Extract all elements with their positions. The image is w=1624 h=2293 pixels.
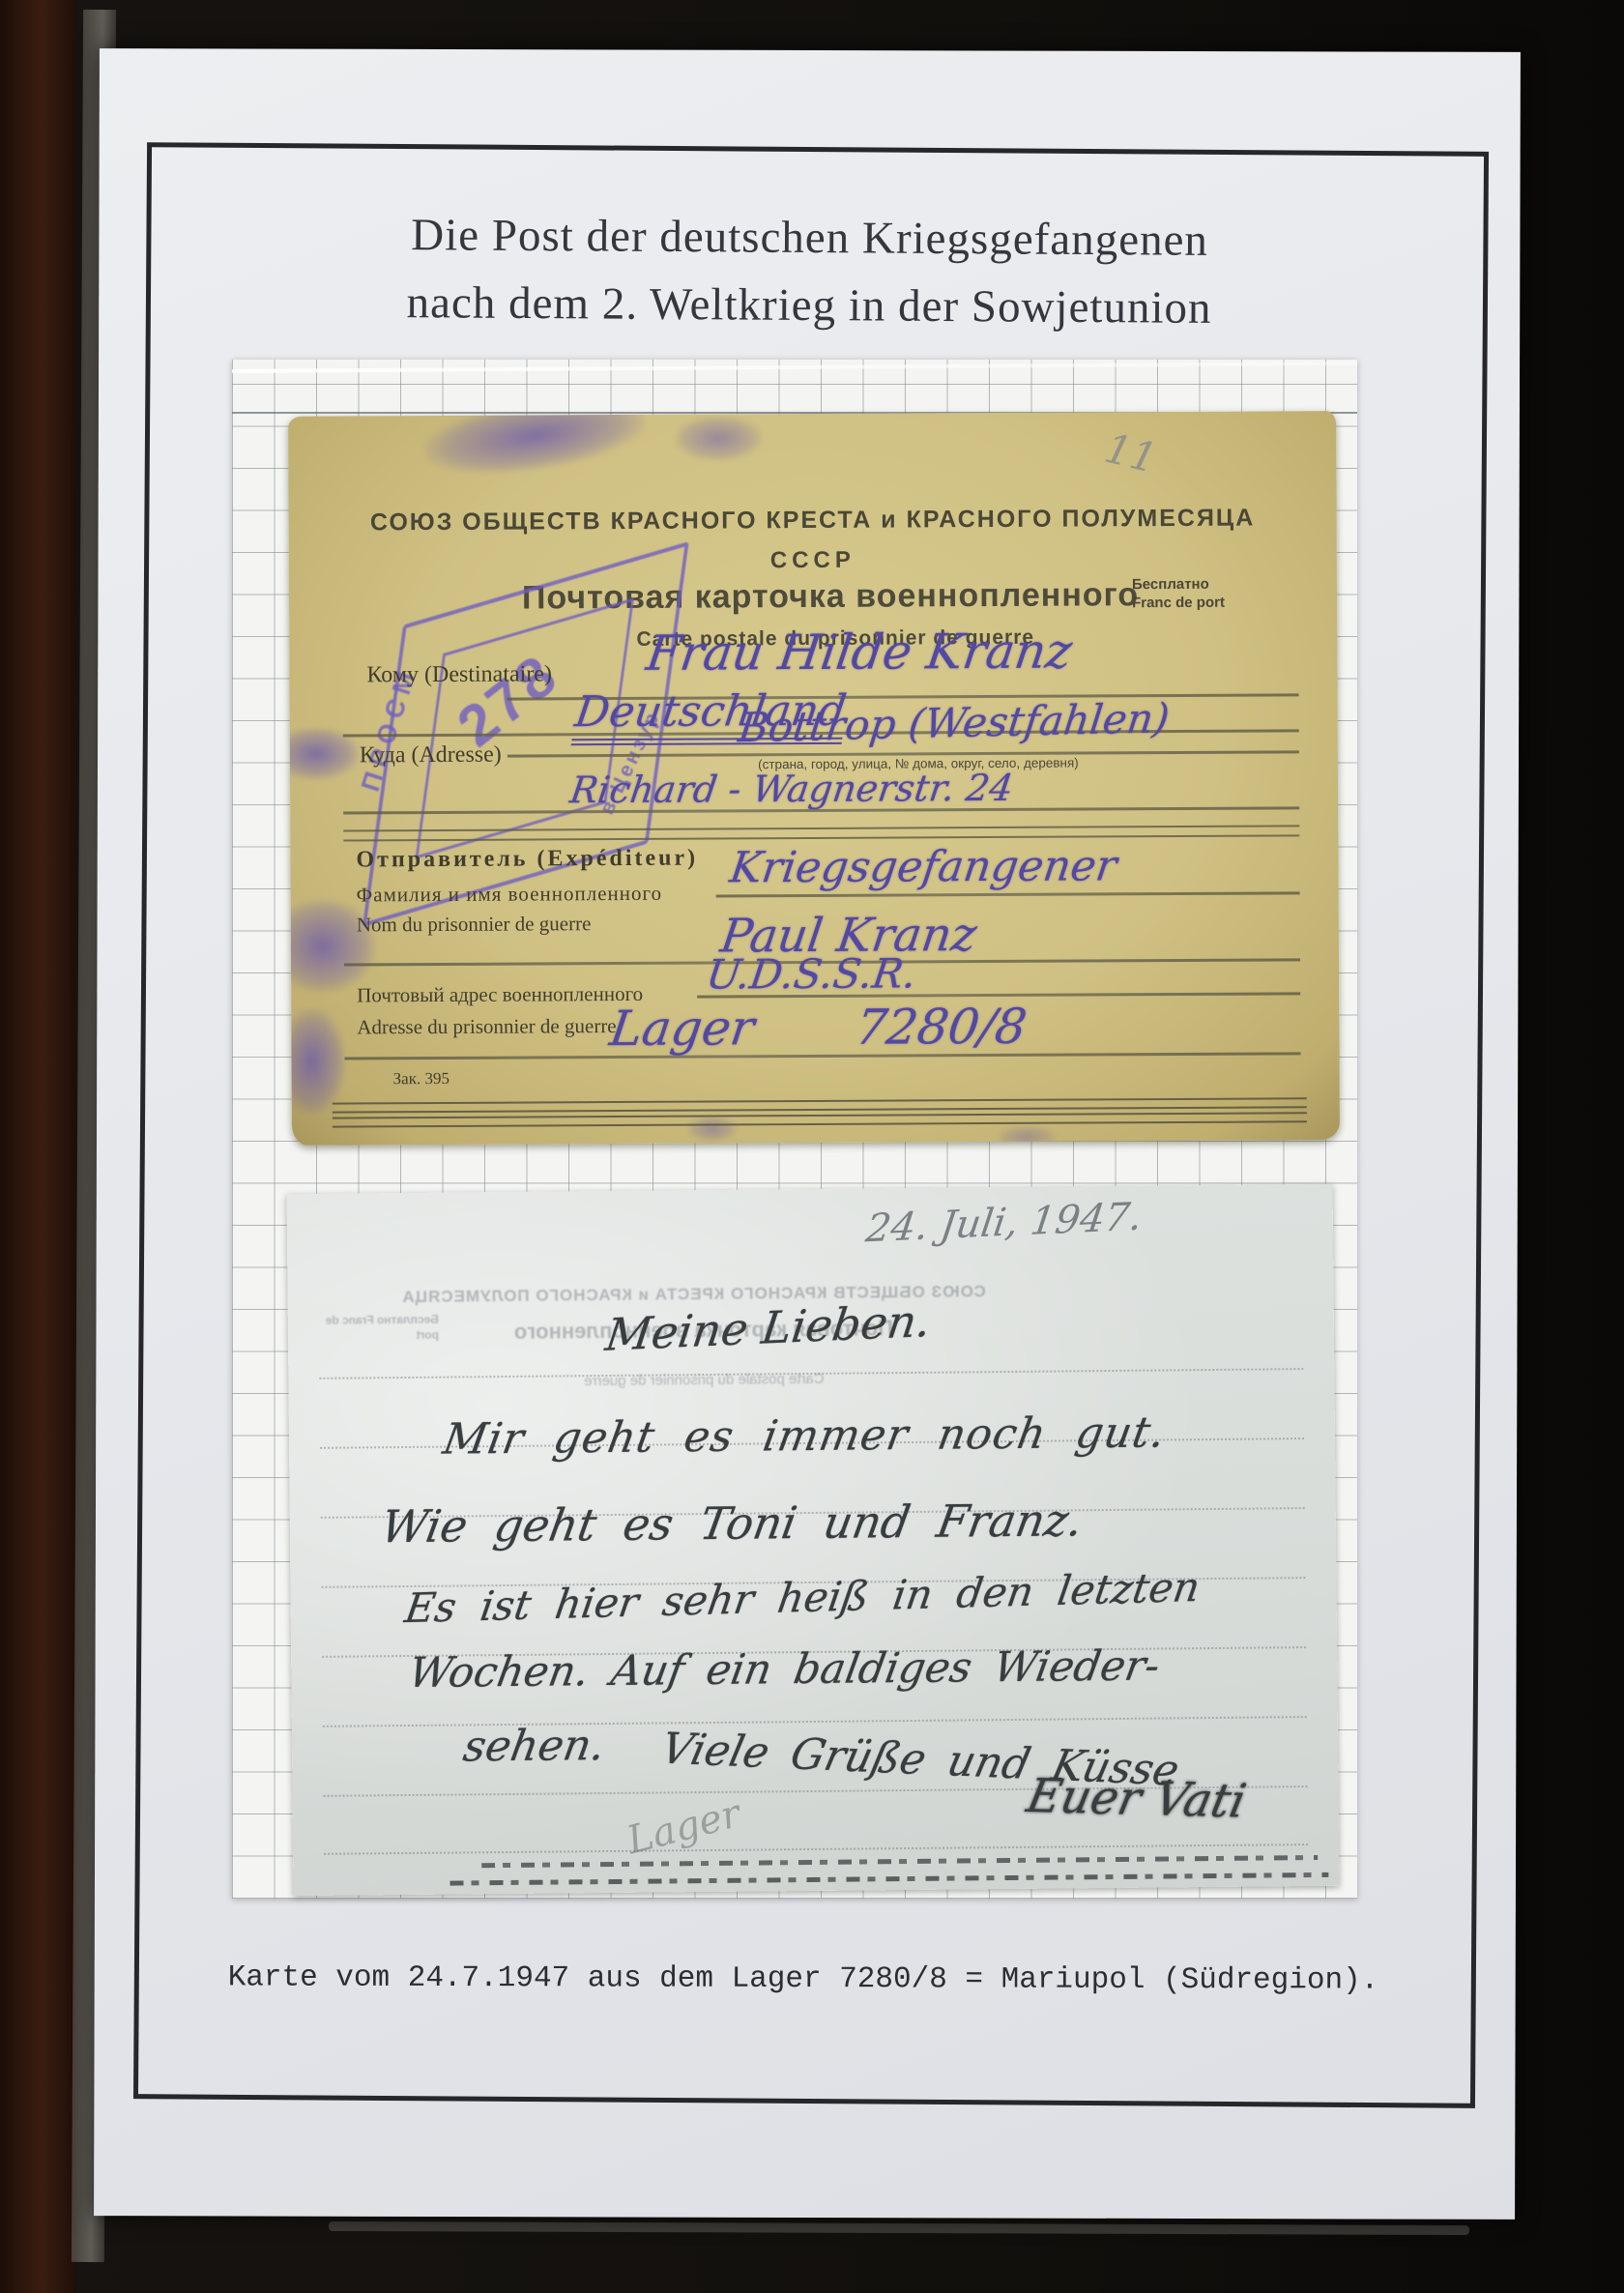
faint-ruling-line bbox=[325, 1843, 1308, 1855]
faint-lager-mark: Lager bbox=[623, 1791, 745, 1863]
street-handwriting: Richard - Wagnerstr. 24 bbox=[567, 767, 1016, 811]
pow-country-handwriting: U.D.S.S.R. bbox=[704, 949, 919, 998]
pencil-mark: 11 bbox=[1100, 424, 1162, 482]
plastic-sleeve-glint bbox=[232, 362, 1357, 373]
message-line: Wie geht es Toni und Franz. bbox=[377, 1494, 1087, 1553]
ink-smudge bbox=[288, 1008, 346, 1115]
ghost-header: СОЮЗ ОБЩЕСТВ КРАСНОГО КРЕСТА и КРАСНОГО … bbox=[316, 1281, 1070, 1307]
pow-status-handwriting: Kriegsgefangener bbox=[727, 841, 1119, 892]
page-title-line2: nach dem 2. Weltkrieg in der Sowjetunion bbox=[99, 267, 1520, 344]
page-title-line1: Die Post der deutschen Kriegsgefangenen bbox=[99, 200, 1520, 277]
page-title: Die Post der deutschen Kriegsgefangenen … bbox=[99, 200, 1521, 344]
free-postage-note: Бесплатно Franc de port bbox=[1132, 575, 1296, 612]
pow-postcard-back: СОЮЗ ОБЩЕСТВ КРАСНОГО КРЕСТА и КРАСНОГО … bbox=[287, 1184, 1340, 1896]
card-bottom-double-rule bbox=[333, 1112, 1307, 1127]
city-handwriting: Bottrop (Westfahlen) bbox=[736, 694, 1172, 751]
adresse-label: Куда (Adresse) bbox=[360, 742, 502, 769]
photocopy-edge-speckle bbox=[481, 1855, 1319, 1868]
collector-caption: Karte vom 24.7.1947 aus dem Lager 7280/8… bbox=[228, 1960, 1446, 1997]
pow-address-label-french: Adresse du prisonnier de guerre bbox=[357, 1014, 616, 1039]
print-order-reference: Зак. 395 bbox=[393, 1069, 449, 1088]
pow-name-label-french: Nom du prisonnier de guerre bbox=[357, 912, 592, 937]
ink-smudge bbox=[998, 1126, 1056, 1146]
pow-address-label-russian: Почтовый адрес военнопленного bbox=[357, 982, 643, 1008]
album-page: Die Post der deutschen Kriegsgefangenen … bbox=[94, 48, 1521, 2220]
destinataire-label: Кому (Destinataire) bbox=[366, 661, 552, 688]
destinataire-handwriting: Frau Hilde Kranz bbox=[643, 624, 1075, 682]
card-bottom-double-rule bbox=[333, 1097, 1307, 1113]
bottom-page-edge bbox=[329, 2221, 1469, 2235]
field-rule bbox=[716, 891, 1300, 897]
message-line: Mir geht es immer noch gut. bbox=[440, 1408, 1170, 1464]
camp-number-handwriting: Lager 7280/8 bbox=[606, 999, 1029, 1057]
pow-name-label-russian: Фамилия и имя военнопленного bbox=[357, 882, 663, 908]
message-line: sehen. bbox=[460, 1721, 609, 1771]
expediteur-label: Отправитель (Expéditeur) bbox=[356, 846, 698, 874]
graph-paper-sleeve: 11 СОЮЗ ОБЩЕСТВ КРАСНОГО КРЕСТА и КРАСНО… bbox=[232, 360, 1357, 1899]
album-photo: Die Post der deutschen Kriegsgefangenen … bbox=[0, 0, 1624, 2293]
photocopy-edge-speckle bbox=[450, 1872, 1329, 1886]
ghost-card-type-fr: Carte postale du prisonnier de guerre bbox=[433, 1369, 974, 1390]
message-line: Wochen. Auf ein baldiges Wieder- bbox=[405, 1641, 1163, 1698]
message-date-handwriting: 24. Juli, 1947. bbox=[863, 1195, 1145, 1252]
message-line: Es ist hier sehr heiß in den letzten bbox=[402, 1563, 1203, 1632]
ghost-free-post: Бесплатно Franc de port bbox=[323, 1313, 439, 1344]
message-signature: Euer Vati bbox=[1023, 1769, 1251, 1829]
album-spine bbox=[0, 0, 75, 2293]
ink-smudge bbox=[675, 416, 762, 460]
free-postage-ru: Бесплатно bbox=[1132, 575, 1296, 595]
ink-smudge bbox=[420, 411, 650, 485]
pow-postcard-front: 11 СОЮЗ ОБЩЕСТВ КРАСНОГО КРЕСТА и КРАСНО… bbox=[288, 411, 1340, 1146]
free-postage-fr: Franc de port bbox=[1132, 594, 1296, 613]
